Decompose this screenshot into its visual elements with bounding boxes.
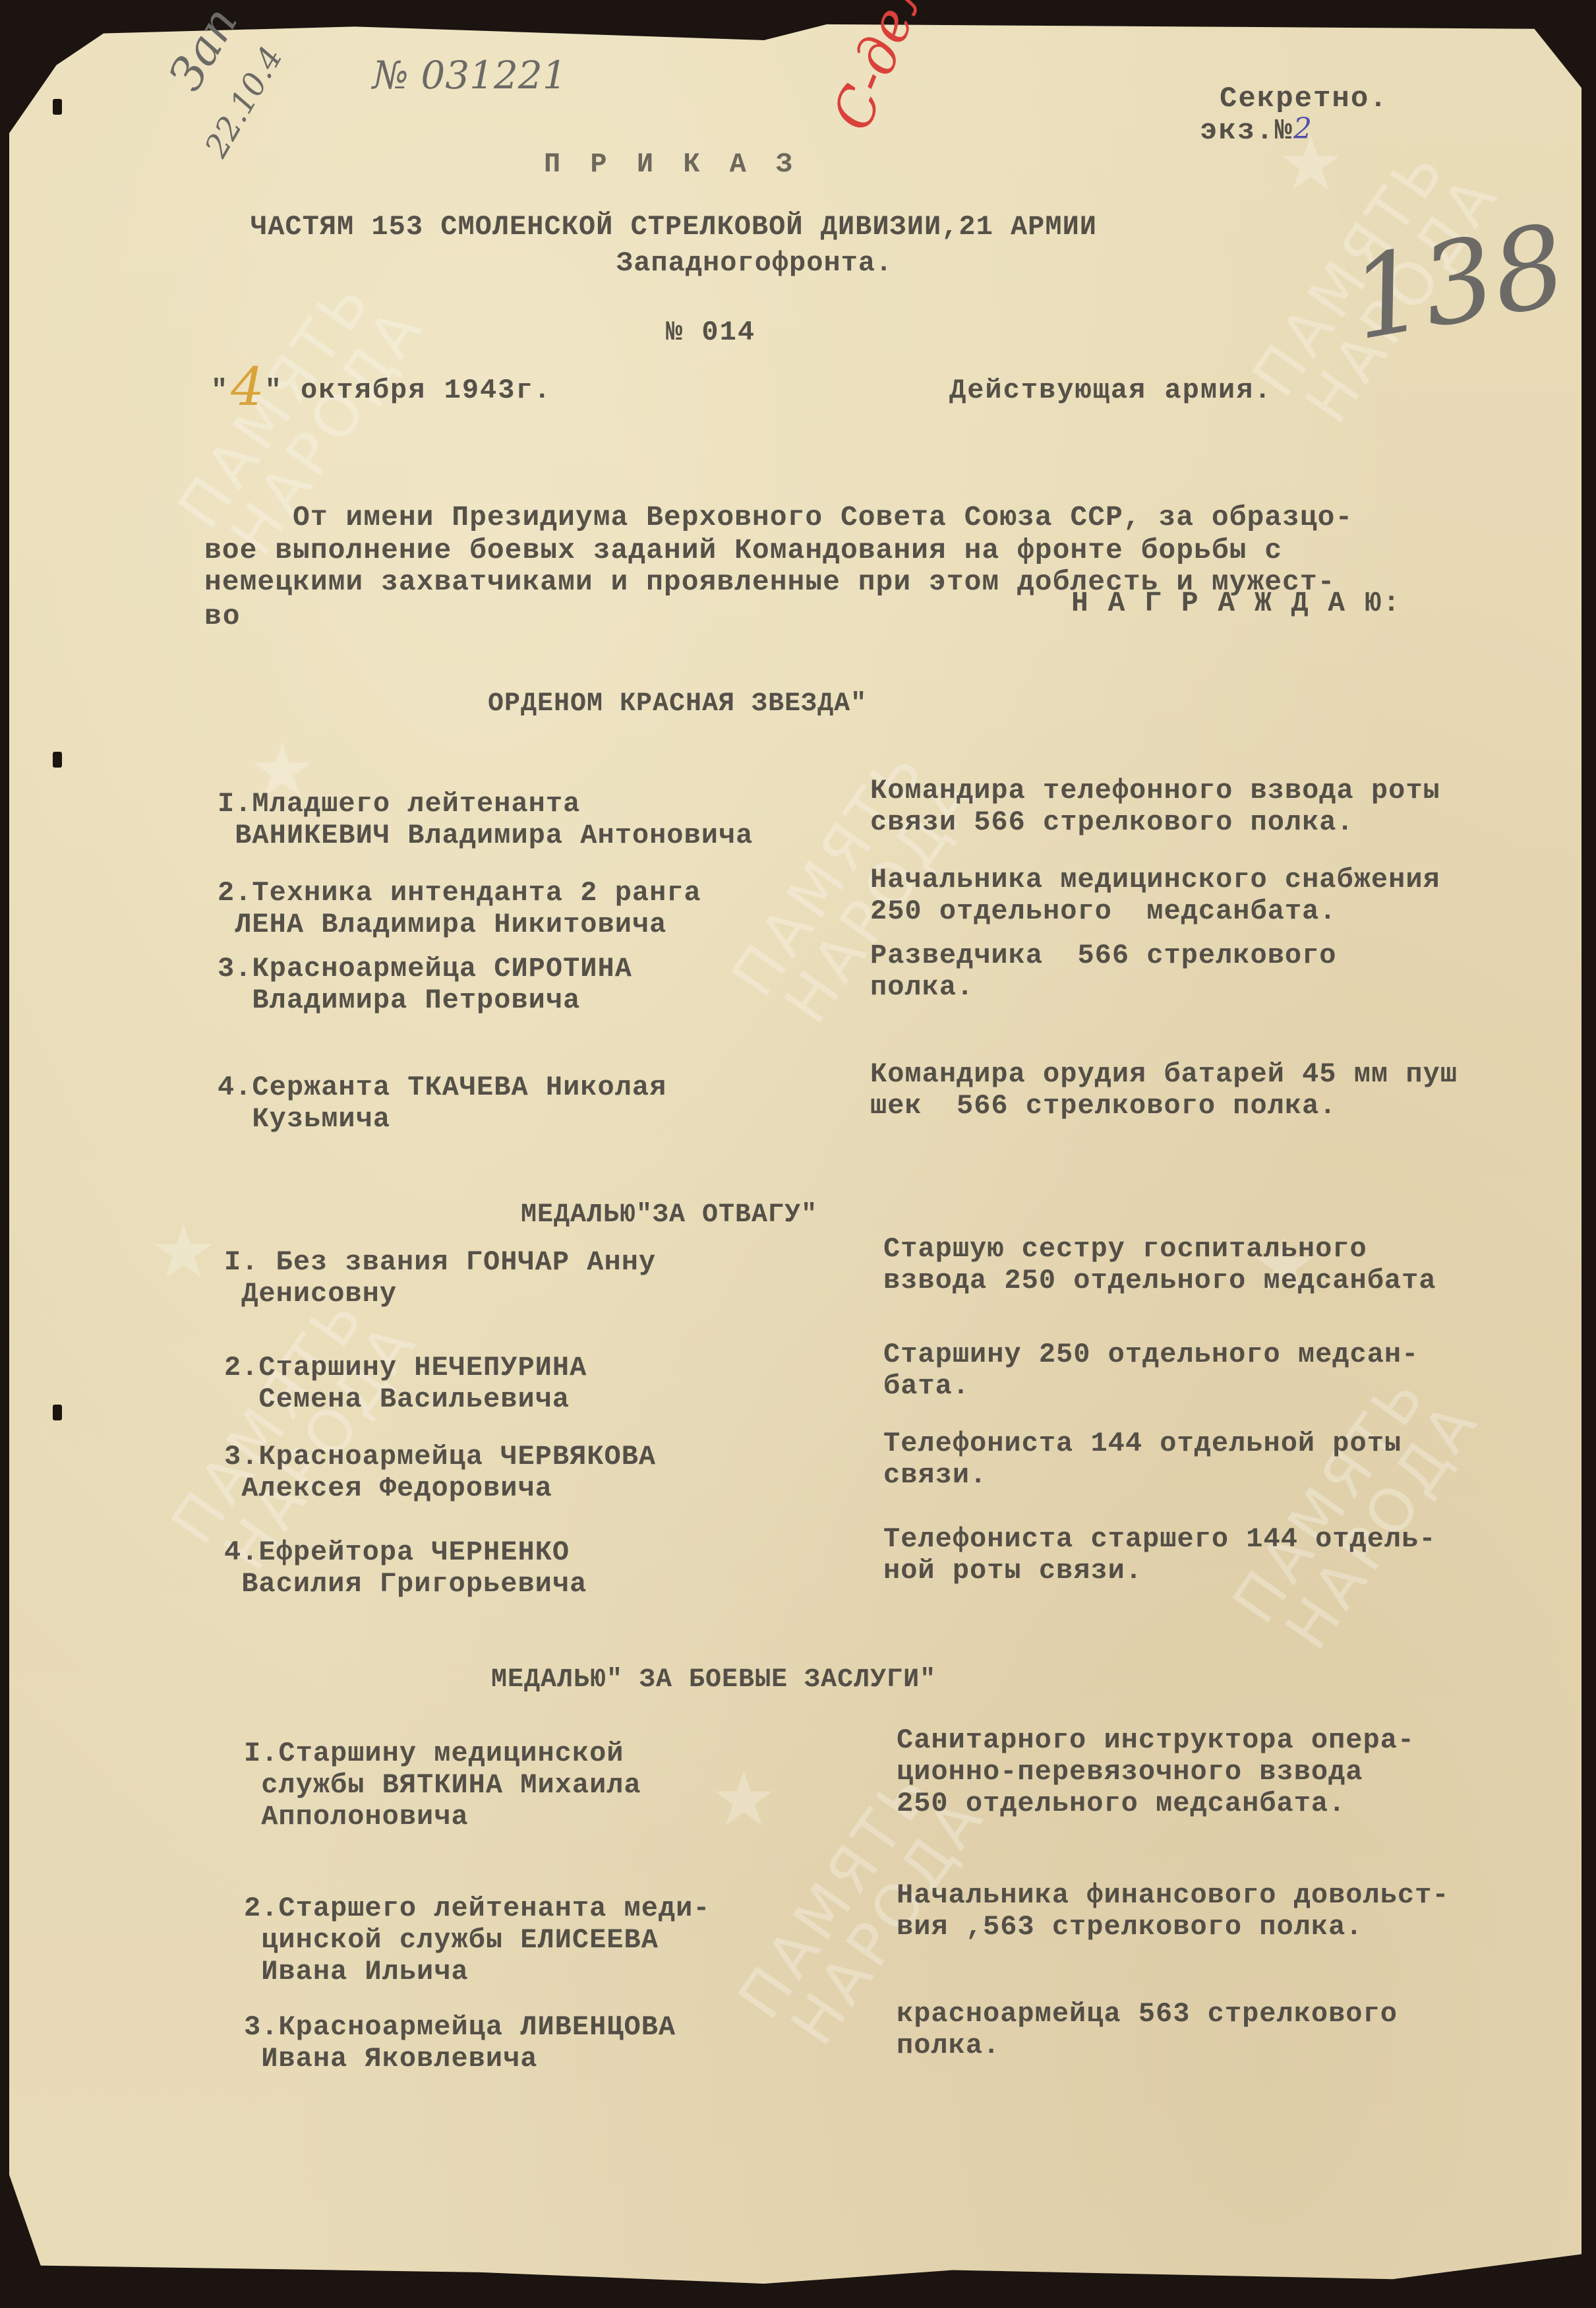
awardee-position-line: взвода 250 отдельного медсанбата xyxy=(883,1265,1436,1296)
awardee-name-line: 2.Старшего лейтенанта меди- xyxy=(244,1893,711,1924)
awardee-name-line: ВАНИКЕВИЧ Владимира Антоновича xyxy=(218,820,753,851)
location-label: Действующая армия. xyxy=(949,375,1272,406)
awardee-position-line: Начальника медицинского снабжения xyxy=(870,864,1440,896)
awardee-position-line: Телефониста старшего 144 отдель- xyxy=(883,1523,1436,1555)
awardee-name-line: Алексея Федоровича xyxy=(224,1473,552,1504)
awardee-position-line: Командира орудия батарей 45 мм пуш xyxy=(870,1058,1458,1090)
punch-hole xyxy=(53,1405,62,1420)
awardee-position-line: шек 566 стрелкового полка. xyxy=(870,1090,1337,1122)
awardee-position-line: связи. xyxy=(883,1459,987,1491)
awardee-position-line: бата. xyxy=(883,1370,970,1402)
awardee-name-line: ЛЕНА Владимира Никитовича xyxy=(218,909,666,940)
awardee-position-line: Начальника финансового довольст- xyxy=(897,1879,1450,1911)
copy-number-label: экз.№2 xyxy=(1200,112,1313,148)
awardee-name-line: 3.Красноармейца СИРОТИНА xyxy=(218,953,632,985)
awardee-name-line: Кузьмича xyxy=(218,1103,390,1135)
awardee-position-line: Старшину 250 отдельного медсан- xyxy=(883,1339,1419,1370)
classification-label: Секретно. xyxy=(1220,82,1388,115)
awardee-position-line: ной роты связи. xyxy=(883,1555,1142,1587)
handwritten-archive-number: № 031221 xyxy=(372,53,567,98)
awardee-position-line: 250 отдельного медсанбата. xyxy=(897,1788,1345,1819)
awardee-name-line: Ивана Ильича xyxy=(244,1956,469,1988)
copy-number-handwritten: 2 xyxy=(1293,112,1313,146)
awardee-position-line: красноармейца 563 стрелкового xyxy=(897,1998,1398,2030)
awardee-position-line: 250 отдельного медсанбата. xyxy=(870,896,1337,927)
awardee-name-line: 3.Красноармейца ЛИВЕНЦОВА xyxy=(244,2011,676,2043)
document-heading: П Р И К А З xyxy=(544,148,799,180)
awardee-position-line: Старшую сестру госпитального xyxy=(883,1233,1367,1265)
awardee-name-line: Апполоновича xyxy=(244,1801,469,1833)
awardee-name-line: службы ВЯТКИНА Михаила xyxy=(244,1769,641,1801)
awardee-position-line: полка. xyxy=(870,971,974,1003)
awardee-name-line: 2.Техника интенданта 2 ранга xyxy=(218,877,701,909)
document-subtitle-line1: ЧАСТЯМ 153 СМОЛЕНСКОЙ СТРЕЛКОВОЙ ДИВИЗИИ… xyxy=(251,211,1097,243)
award-statement: Н А Г Р А Ж Д А Ю: xyxy=(1071,587,1401,619)
awardee-name-line: цинской службы ЕЛИСЕЕВА xyxy=(244,1924,659,1956)
preamble-line: во xyxy=(204,600,241,632)
awardee-position-line: Телефониста 144 отдельной роты xyxy=(883,1428,1402,1459)
awardee-name-line: I. Без звания ГОНЧАР Анну xyxy=(224,1246,656,1278)
awardee-name-line: 2.Старшину НЕЧЕПУРИНА xyxy=(224,1352,587,1383)
awardee-position-line: вия ,563 стрелкового полка. xyxy=(897,1911,1363,1943)
section-title: МЕДАЛЬЮ"ЗА ОТВАГУ" xyxy=(521,1200,817,1230)
awardee-name-line: Денисовну xyxy=(224,1278,397,1310)
awardee-position-line: Командира телефонного взвода роты xyxy=(870,775,1440,806)
awardee-position-line: ционно-перевязочного взвода xyxy=(897,1756,1363,1788)
document-subtitle-line2: Западногофронта. xyxy=(616,247,893,279)
section-title: ОРДЕНОМ КРАСНАЯ ЗВЕЗДА" xyxy=(488,689,867,719)
punch-hole xyxy=(53,99,62,115)
awardee-name-line: Владимира Петровича xyxy=(218,985,580,1016)
section-title: МЕДАЛЬЮ" ЗА БОЕВЫЕ ЗАСЛУГИ" xyxy=(491,1665,936,1695)
order-number: № 014 xyxy=(666,317,755,348)
awardee-name-line: Ивана Яковлевича xyxy=(244,2043,537,2075)
punch-hole xyxy=(53,752,62,768)
awardee-name-line: 3.Красноармейца ЧЕРВЯКОВА xyxy=(224,1441,656,1473)
awardee-position-line: связи 566 стрелкового полка. xyxy=(870,806,1354,838)
preamble-line: От имени Президиума Верховного Совета Со… xyxy=(204,501,1353,533)
preamble-line: вое выполнение боевых заданий Командован… xyxy=(204,534,1282,566)
awardee-position-line: полка. xyxy=(897,2030,1000,2061)
handwritten-day: 4 xyxy=(231,356,264,417)
awardee-position-line: Санитарного инструктора опера- xyxy=(897,1724,1415,1756)
awardee-name-line: Семена Васильевича xyxy=(224,1383,570,1415)
awardee-name-line: 4.Сержанта ТКАЧЕВА Николая xyxy=(218,1072,666,1103)
awardee-name-line: I.Старшину медицинской xyxy=(244,1738,624,1769)
awardee-name-line: 4.Ефрейтора ЧЕРНЕНКО xyxy=(224,1536,570,1568)
awardee-name-line: Василия Григорьевича xyxy=(224,1568,587,1600)
awardee-name-line: I.Младшего лейтенанта xyxy=(218,788,580,820)
awardee-position-line: Разведчика 566 стрелкового xyxy=(870,940,1337,971)
